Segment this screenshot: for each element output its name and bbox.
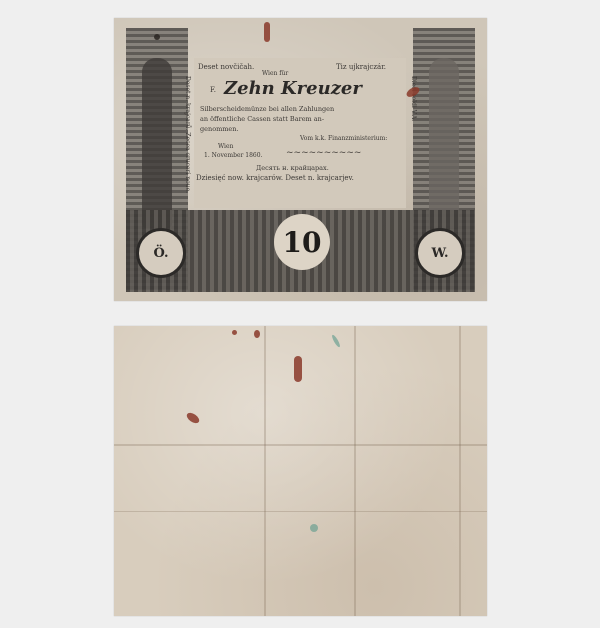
issuing-authority: Vom k.k. Finanzministerium:	[300, 135, 387, 142]
left-medallion: Ö.	[136, 228, 186, 278]
note-title: Zehn Kreuzer	[224, 78, 362, 99]
left-side-text: Deset n. krajcarů. Zecea cruceri noue.	[184, 76, 191, 193]
right-side-text: Dieci soldi V.A.	[410, 76, 417, 121]
crease	[114, 511, 487, 512]
right-medallion: W.	[415, 228, 465, 278]
crease	[114, 444, 487, 446]
stain	[264, 22, 270, 42]
body-line-3: genommen.	[200, 125, 239, 133]
signature: ~~~~~~~~~~	[286, 148, 361, 158]
issue-place: Wien	[218, 143, 233, 150]
series-letter: F.	[210, 86, 216, 94]
left-warrior-figure	[142, 58, 172, 228]
banknote-back	[114, 326, 487, 616]
stain	[185, 411, 201, 426]
stain	[294, 356, 302, 382]
cyrillic-line: Десять н. крайцарах.	[256, 164, 329, 172]
right-female-figure	[429, 58, 459, 228]
crease	[459, 326, 461, 616]
ink-mark	[331, 334, 341, 348]
body-line-1: Silberscheidemünze bei allen Zahlungen	[200, 105, 334, 113]
crease	[354, 326, 356, 616]
top-right-text: Tiz ujkrajczár.	[336, 63, 386, 71]
stain	[254, 330, 260, 338]
body-line-2: an öffentliche Cassen statt Barem an-	[200, 115, 324, 123]
stain	[154, 34, 160, 40]
crease	[264, 326, 266, 616]
denomination-medallion: 10	[274, 214, 330, 270]
polish-slovene-line: Dziesięć now. krajcarów. Deset n. krajca…	[196, 174, 354, 182]
top-left-text: Deset novčičah.	[198, 63, 254, 71]
top-center-text: Wien für	[262, 70, 288, 77]
banknote-front: Deset novčičah. Wien für Tiz ujkrajczár.…	[114, 18, 487, 301]
ink-mark	[310, 524, 318, 532]
stain	[232, 330, 237, 335]
issue-date: 1. November 1860.	[204, 152, 262, 159]
